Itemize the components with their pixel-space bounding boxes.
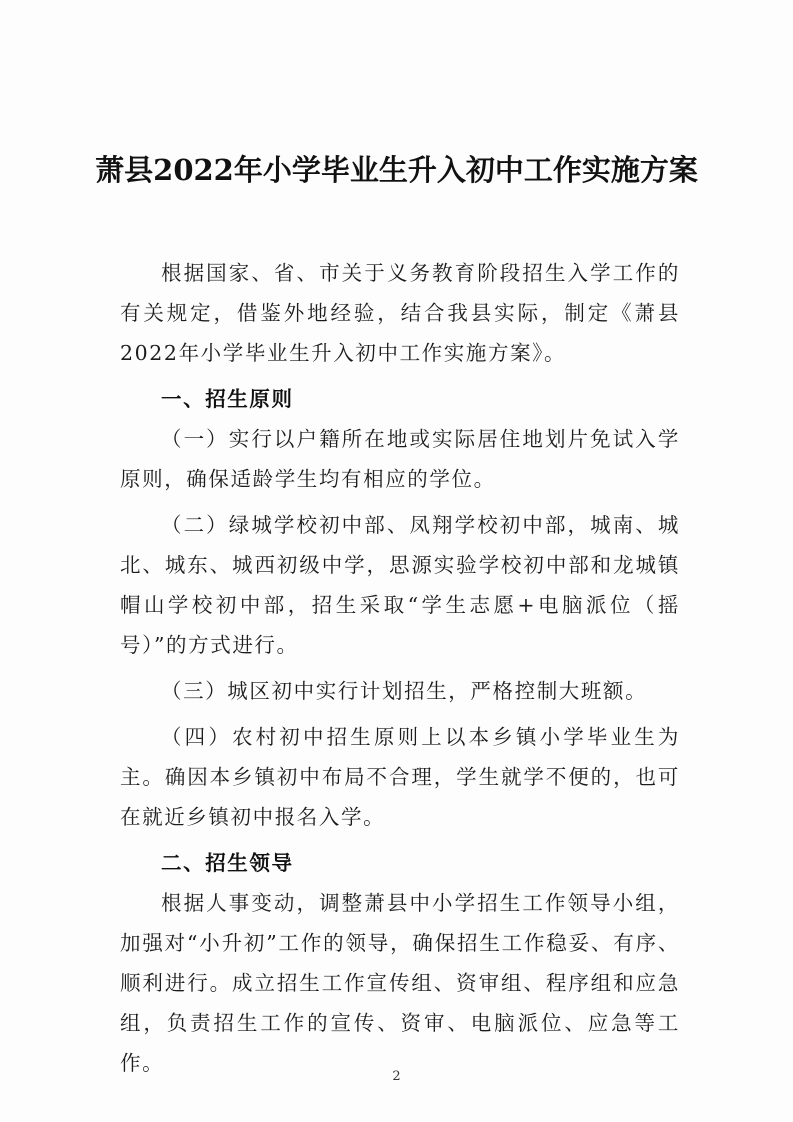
principle-paragraph-2: （二）绿城学校初中部、凤翔学校初中部，城南、城北、城东、城西初级中学，思源实验学… (120, 505, 680, 665)
principle-paragraph-4: （四）农村初中招生原则上以本乡镇小学毕业生为主。确因本乡镇初中布局不合理，学生就… (120, 717, 680, 837)
section-heading-principles: 一、招生原则 (120, 379, 680, 419)
principle-paragraph-1: （一）实行以户籍所在地或实际居住地划片免试入学原则，确保适龄学生均有相应的学位。 (120, 419, 680, 499)
leadership-paragraph-1: 根据人事变动，调整萧县中小学招生工作领导小组，加强对“小升初”工作的领导，确保招… (120, 883, 680, 1083)
principle-paragraph-3: （三）城区初中实行计划招生，严格控制大班额。 (120, 671, 680, 711)
intro-paragraph: 根据国家、省、市关于义务教育阶段招生入学工作的有关规定，借鉴外地经验，结合我县实… (120, 253, 680, 373)
section-heading-leadership: 二、招生领导 (120, 843, 680, 883)
document-body: 根据国家、省、市关于义务教育阶段招生入学工作的有关规定，借鉴外地经验，结合我县实… (120, 253, 680, 1083)
page-number: 2 (0, 1069, 793, 1084)
document-title: 萧县2022年小学毕业生升入初中工作实施方案 (0, 148, 793, 189)
document-page: 萧县2022年小学毕业生升入初中工作实施方案 根据国家、省、市关于义务教育阶段招… (0, 0, 793, 1122)
